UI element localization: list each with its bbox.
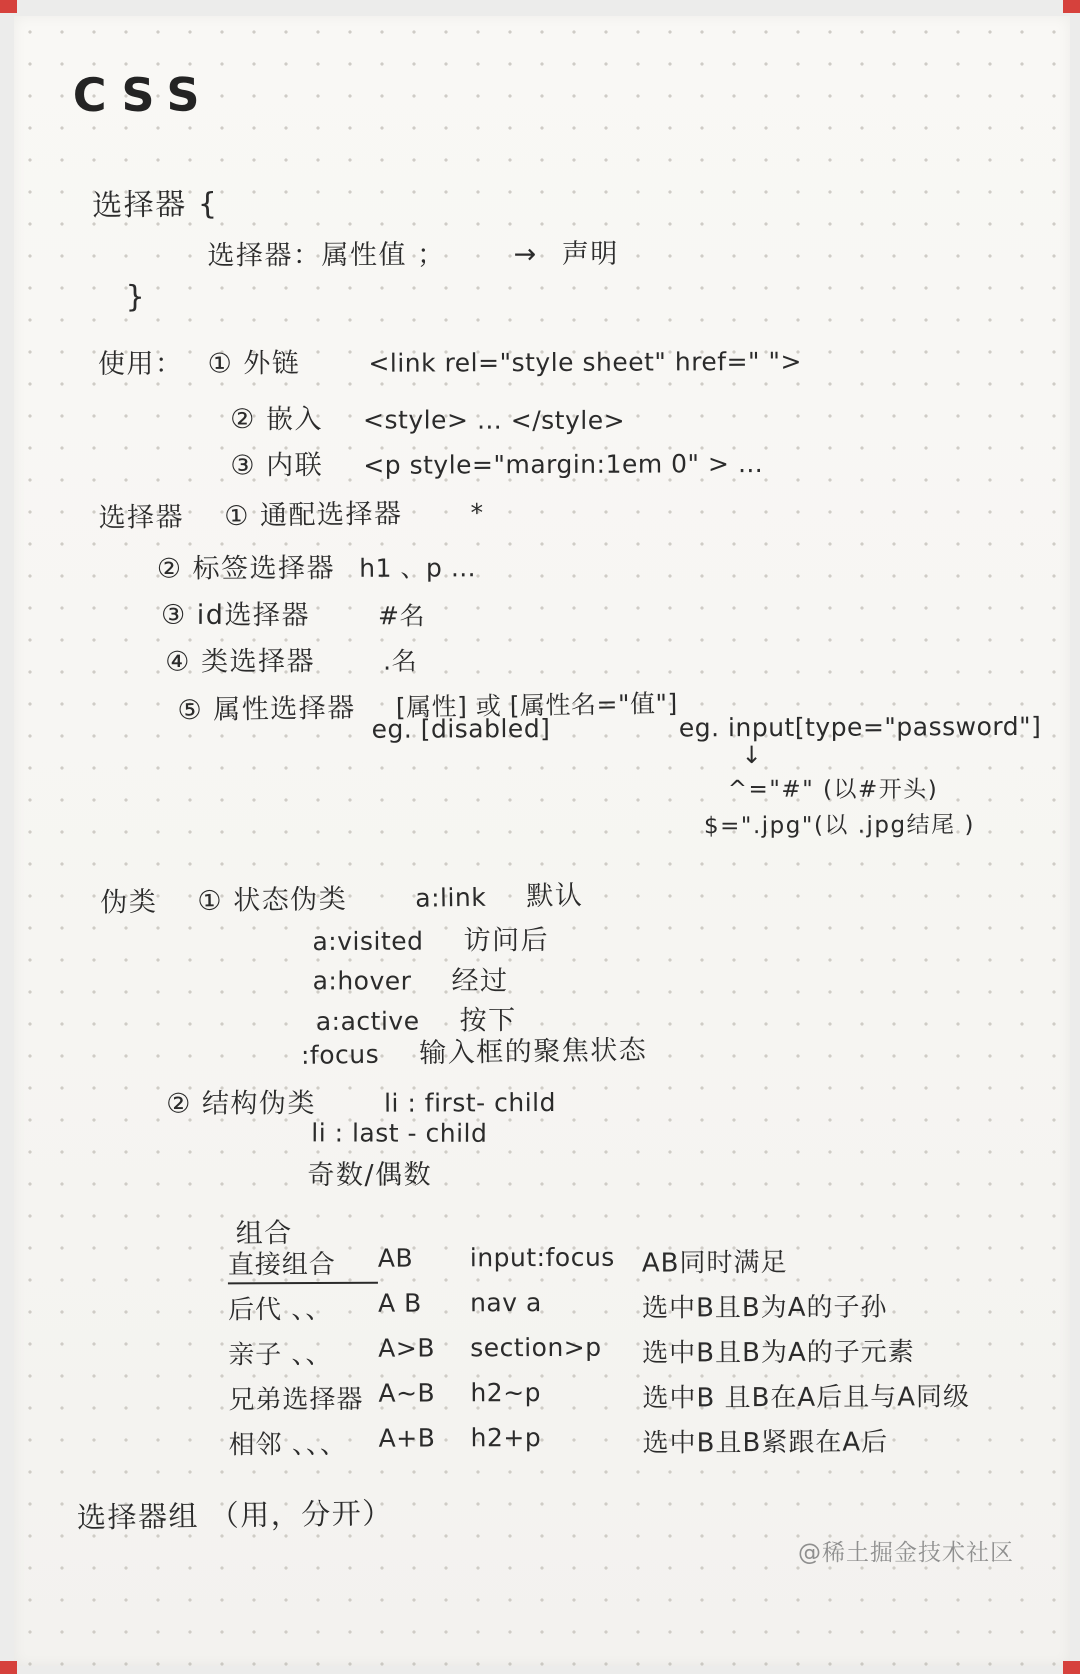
pseudo-state-row-3: a:hover 经过 (313, 958, 509, 998)
arrow-down-icon: ↓ (742, 741, 764, 769)
pseudo-state-row-3-code: a:hover (313, 966, 412, 995)
selector-def-close: } (126, 280, 147, 315)
attr-note-ends-with: $=".jpg"(以 .jpg结尾 ) (704, 806, 975, 840)
combo-row-2-example: nav a (470, 1288, 642, 1318)
watermark: @稀土掘金技术社区 (798, 1534, 1014, 1567)
corner-mark-top-right (1063, 0, 1080, 13)
corner-mark-bottom-right (1063, 1661, 1080, 1674)
pseudo-state-row-2-desc: 访问后 (463, 925, 549, 956)
usage-item-3-code: <p style="margin:1em 0" > … (363, 449, 763, 480)
selector-kind-3: ③ id选择器 #名 (161, 593, 425, 633)
pseudo-state-row-5-code: :focus (301, 1040, 380, 1070)
arrow-right-icon: → (514, 239, 538, 270)
selector-def-rule-line: 选择器：属性值 ； → 声明 (207, 232, 619, 273)
combo-row-1-name: 直接组合 (228, 1244, 378, 1285)
combo-row-1-desc: AB同时满足 (642, 1241, 970, 1279)
selector-kind-1-code: * (470, 498, 483, 527)
combo-row-3-desc: 选中B且B为A的子元素 (642, 1331, 970, 1369)
corner-mark-top-left (0, 0, 17, 13)
usage-item-2-name: 嵌入 (266, 404, 323, 435)
selector-def-open: 选择器 { (92, 179, 219, 225)
pseudo-state-row-2: a:visited 访问后 (312, 918, 549, 958)
usage-label: 使用： (98, 349, 184, 380)
page-title: CSS (73, 67, 214, 122)
notebook-photo: CSS 选择器 { 选择器：属性值 ； → 声明 } 使用： ① 外链 <lin… (0, 0, 1080, 1674)
usage-item-1-name: 外链 (243, 348, 300, 379)
selectors-label: 选择器 (98, 502, 184, 534)
selector-kind-4-code: .名 (383, 647, 417, 676)
attr-example-disabled: eg. [disabled] (371, 714, 550, 744)
combo-row-3-name: 亲子 、、 (228, 1334, 378, 1372)
selector-kind-2-num: ② (157, 554, 183, 585)
combo-row-5-example: h2+p (471, 1423, 643, 1453)
pseudo-struct-name: 结构伪类 (202, 1088, 316, 1119)
pseudo-struct-row-1: li : first- child (384, 1088, 556, 1118)
attr-example-password: eg. input[type="password"] (679, 712, 1042, 743)
pseudo-struct-num: ② (166, 1089, 192, 1120)
combo-row-3-syntax: A>B (378, 1333, 470, 1362)
usage-item-1-code: <link rel="style sheet" href=" "> (368, 347, 802, 378)
usage-item-3-num: ③ (230, 450, 256, 481)
selector-kind-4-num: ④ (165, 647, 191, 678)
combo-row-2-desc: 选中B且B为A的子孙 (642, 1286, 970, 1324)
combo-row-5-syntax: A+B (379, 1423, 471, 1452)
combo-row-4-syntax: A~B (378, 1378, 470, 1407)
selector-kind-4: ④ 类选择器 .名 (165, 639, 417, 679)
usage-item-2-code: <style> … </style> (363, 405, 625, 435)
selector-kind-2: ② 标签选择器 h1 、p … (157, 545, 477, 585)
selector-group-note: 选择器组 （用，分开） (77, 1491, 393, 1537)
pseudo-state-row-5: :focus 输入框的聚焦状态 (301, 1028, 648, 1072)
combo-row-1-syntax: AB (378, 1243, 470, 1272)
corner-mark-bottom-left (0, 1661, 17, 1674)
pseudo-state-row-5-desc: 输入框的聚焦状态 (419, 1035, 647, 1069)
selector-kind-2-code: h1 、p … (359, 553, 476, 583)
combo-row-4-name: 兄弟选择器 (228, 1379, 378, 1417)
selector-kind-3-num: ③ (161, 600, 187, 631)
selector-kind-3-code: #名 (378, 601, 425, 630)
usage-line-external: 使用： ① 外链 <link rel="style sheet" href=" … (98, 339, 802, 381)
combo-row-5-desc: 选中B且B紧跟在A后 (643, 1421, 971, 1459)
attr-selector-examples: eg. [disabled] eg. input[type="password"… (371, 712, 1041, 744)
combo-row-3-example: section>p (470, 1333, 642, 1363)
selector-kind-1: 选择器 ① 通配选择器 * (98, 490, 484, 535)
pseudo-state-row-1-code: a:link (415, 883, 486, 913)
attr-note-starts-with: ^="#" (以#开头) (728, 770, 939, 804)
combo-row-2-syntax: A B (378, 1288, 470, 1317)
handwritten-notes: CSS 选择器 { 选择器：属性值 ； → 声明 } 使用： ① 外链 <lin… (0, 0, 1080, 1674)
selector-kind-5-name: 属性选择器 (213, 693, 356, 726)
pseudo-state-row-1-desc: 默认 (526, 880, 583, 912)
selector-kind-3-name: id选择器 (197, 600, 310, 631)
selector-kind-2-name: 标签选择器 (193, 553, 336, 585)
pseudo-state-header: 伪类 ① 状态伪类 a:link 默认 (100, 873, 584, 919)
combinators-table: 直接组合 AB input:focus AB同时满足 后代 、、 A B nav… (228, 1241, 970, 1469)
combo-row-2-name: 后代 、、 (228, 1289, 378, 1327)
selector-rule-declaration: 声明 (562, 239, 619, 270)
selector-kind-1-num: ① (224, 501, 250, 532)
pseudo-state-name: 状态伪类 (233, 884, 347, 917)
pseudo-state-row-2-code: a:visited (312, 927, 423, 956)
combo-row-4-example: h2~p (470, 1378, 642, 1408)
usage-item-1-num: ① (207, 348, 233, 379)
pseudo-struct-row-3: 奇数/偶数 (307, 1152, 432, 1192)
usage-item-3-name: 内联 (266, 450, 323, 481)
usage-line-embed: ② 嵌入 <style> … </style> (230, 397, 625, 437)
pseudo-struct-header: ② 结构伪类 li : first- child (166, 1080, 556, 1121)
pseudo-state-row-3-desc: 经过 (452, 966, 509, 997)
pseudo-struct-row-2: li : last - child (311, 1118, 487, 1147)
pseudo-label: 伪类 (100, 887, 157, 919)
pseudo-state-num: ① (197, 886, 223, 917)
selector-rule-text: 选择器：属性值 ； (207, 239, 445, 271)
combo-row-1-example: input:focus (470, 1243, 642, 1273)
selector-kind-1-name: 通配选择器 (260, 498, 403, 531)
combo-row-5-name: 相邻 、、、 (229, 1424, 379, 1462)
selector-kind-4-name: 类选择器 (201, 646, 315, 677)
usage-item-2-num: ② (230, 404, 256, 435)
selector-kind-5-num: ⑤ (177, 695, 203, 726)
combo-row-4-desc: 选中B 且B在A后且与A同级 (642, 1376, 970, 1414)
usage-line-inline: ③ 内联 <p style="margin:1em 0" > … (230, 441, 763, 482)
